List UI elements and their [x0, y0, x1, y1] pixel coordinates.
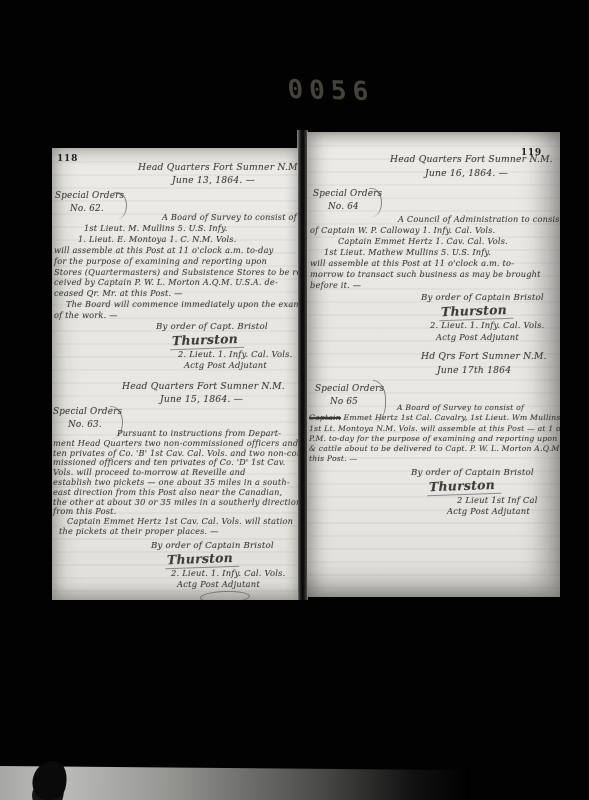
struck-line-rest: Emmet Hertz 1st Cal. Cavalry, 1st Lieut.…: [341, 413, 560, 422]
microfilm-photo: 0056 118 Head Quarters Fort Sumner N.M. …: [0, 0, 589, 800]
signer-title: Actg Post Adjutant: [447, 506, 530, 516]
signer-title: Actg Post Adjutant: [436, 332, 519, 342]
adjutant-signature: Thurston: [439, 302, 513, 322]
page-number: 118: [57, 154, 78, 164]
by-order-line: By order of Captain Bristol: [421, 293, 544, 303]
adjutant-signature: Thurston: [427, 477, 501, 497]
struck-word: Captain: [309, 413, 341, 422]
record-date: June 15, 1864. —: [160, 394, 243, 405]
record-heading: Hd Qrs Fort Sumner N.M.: [421, 351, 547, 362]
signer-rank: 2 Lieut 1st Inf Cal: [457, 495, 538, 505]
by-order-line: By order of Captain Bristol: [411, 468, 534, 478]
record-date: June 13, 1864. —: [172, 175, 255, 186]
adjutant-signature: Thurston: [170, 331, 244, 351]
order-body: Pursuant to instructions from Depart-men…: [53, 429, 297, 537]
order-body-line: A Board of Survey to consist of: [309, 403, 559, 413]
film-edge-strip: [0, 766, 470, 800]
signer-rank: 2. Lieut. 1. Infy. Cal. Vols.: [171, 568, 286, 578]
order-body-line-struck: Captain Emmet Hertz 1st Cal. Cavalry, 1s…: [309, 413, 559, 423]
record-heading: Head Quarters Fort Sumner N.M.: [122, 381, 285, 392]
by-order-line: By order of Capt. Bristol: [156, 322, 268, 332]
order-body: A Board of Survey to consist of Captain …: [309, 403, 559, 465]
signer-title: Actg Post Adjutant: [184, 360, 267, 370]
order-body: A Council of Administration to consistof…: [310, 214, 558, 291]
ledger-page-left: 118 Head Quarters Fort Sumner N.M. June …: [52, 148, 298, 600]
film-edge-blob: [28, 757, 71, 800]
signer-rank: 2. Lieut. 1. Infy. Cal. Vols.: [178, 349, 293, 359]
record-heading: Head Quarters Fort Sumner N.M.: [390, 154, 553, 165]
record-date: June 16, 1864. —: [425, 168, 508, 179]
signer-rank: 2. Lieut. 1. Infy. Cal. Vols.: [430, 320, 545, 330]
record-date: June 17th 1864: [437, 365, 511, 376]
signer-title: Actg Post Adjutant: [177, 579, 260, 589]
adjutant-signature: Thurston: [165, 550, 239, 570]
pen-flourish: [200, 590, 250, 600]
order-body: A Board of Survey to consist of1st Lieut…: [54, 212, 296, 321]
film-frame-counter: 0056: [265, 72, 398, 111]
by-order-line: By order of Captain Bristol: [151, 541, 274, 551]
record-heading: Head Quarters Fort Sumner N.M.: [138, 162, 298, 173]
ledger-page-right: 119 Head Quarters Fort Sumner N.M. June …: [307, 132, 560, 597]
